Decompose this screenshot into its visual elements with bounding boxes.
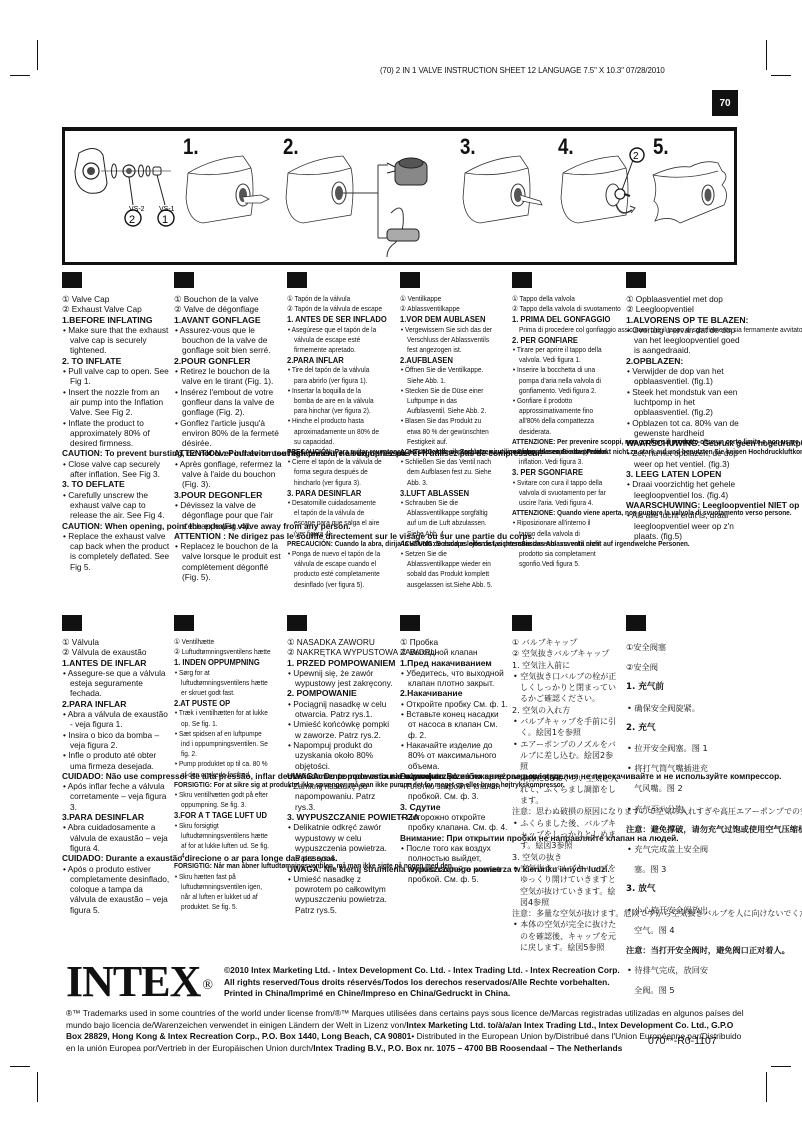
section-heading: 2. PER GONFIARE: [512, 335, 607, 345]
instructions-nl: ① Opblaasventiel met dop② Leegloopventie…: [626, 272, 744, 541]
text-line: ②安全阀: [626, 657, 716, 677]
section-heading: 3. TO DEFLATE: [62, 479, 170, 489]
copyright-line: All rights reserved/Tous droits réservés…: [224, 977, 620, 989]
instruction-step: • Dévissez la valve de dégonflage pour q…: [174, 500, 282, 531]
callout-1: 1: [162, 214, 168, 226]
instruction-step: • Draai voorzichtig het gehele leegloopv…: [626, 479, 744, 500]
text-line: ② 空気抜きバルブキャップ: [512, 648, 620, 659]
caution-text: CUIDADO: Durante a exaustão direcione o …: [62, 853, 170, 863]
text-line: 3. 空気の抜き: [512, 852, 620, 863]
instruction-step: • 将打气筒气嘴插进充气风嘴。图 2: [626, 758, 716, 798]
instruction-step: • Replace the exhaust valve cap back whe…: [62, 531, 170, 572]
instruction-step: • バルブキャップを手前に引く。絵図1を参照: [512, 716, 620, 739]
lines: ① Válvula② Válvula de exaustão1.ANTES DE…: [62, 637, 170, 915]
instructions-es: ① Tapón de la válvula② Tapón de la válvu…: [287, 272, 395, 590]
instruction-step: • Skru forsigtigt luftudtømningsventilen…: [174, 821, 269, 862]
page-number-badge: 70: [712, 90, 738, 116]
instructions-ru: ① Пробка② Выходной клапан1.Пред накачива…: [400, 615, 508, 884]
figure-4-cube-unscrew-exhaust: 2: [558, 146, 648, 231]
caution-text: ATTENZIONE: Per prevenire scoppi, non go…: [512, 437, 607, 447]
section-heading: 1. PRIMA DEL GONFAGGIO: [512, 314, 607, 324]
lines: ① Ventilkappe② Ablassventilkappe1.VOR DE…: [400, 294, 508, 590]
caution-text: CAUTION: When opening, point the exhaust…: [62, 521, 170, 531]
instruction-step: • Après gonflage, refermez la valve à l'…: [174, 459, 282, 490]
lines: ① Valve Cap② Exhaust Valve Cap1.BEFORE I…: [62, 294, 170, 572]
instructions-ja: ① バルブキャップ② 空気抜きバルブキャップ1. 空気注入前に• 空気抜き口バル…: [512, 615, 620, 953]
text-line: ② Ablassventilkappe: [400, 304, 495, 314]
section-heading: 3.POUR DEGONFLER: [174, 490, 282, 500]
instruction-step: • Blasen Sie das Produkt zu etwa 80 % de…: [400, 416, 495, 447]
document-code: 070**-R0-1107: [648, 1035, 717, 1047]
caution-text: 注意：当打开安全阀时，避免阀口正对着人。: [626, 940, 716, 960]
instruction-step: • Skru hætten fast på luftudtømningsvent…: [174, 872, 269, 913]
instruction-step: • 空気抜きバルブキャップをゆっくり開けていきますと空気が抜けていきます。絵図4…: [512, 863, 620, 908]
instruction-step: • Inserire la bocchetta di una pompa d'a…: [512, 365, 607, 396]
language-tab: [62, 272, 82, 288]
text-line: ② Valve de dégonflage: [174, 304, 282, 314]
section-heading: 2. POMPOWANIE: [287, 688, 395, 698]
text-line: ① Пробка: [400, 637, 508, 647]
instruction-step: • Napompuj produkt do uzyskania około 80…: [287, 740, 395, 771]
section-heading: 3. LEEG LATEN LOPEN: [626, 469, 744, 479]
instruction-step: • Retirez le bouchon de la valve en le t…: [174, 366, 282, 387]
legal-text-bold: Intex Trading B.V., P.O. Box nr. 1075 – …: [313, 1043, 622, 1053]
crop-mark: [771, 75, 791, 76]
instruction-step: • Delikatnie odkręć zawór wypustowy w ce…: [287, 822, 395, 863]
intex-logo: INTEX®: [66, 962, 212, 1002]
caution-text: ATTENTION : Ne dirigez pas le souffle di…: [174, 531, 282, 541]
callout-2: 2: [129, 214, 135, 226]
section-heading: 1.ALVORENS OP TE BLAZEN:: [626, 315, 744, 325]
section-heading: 1. ANTES DE SER INFLADO: [287, 314, 382, 324]
figure-5-deflated-product: [650, 153, 735, 228]
instruction-step: • Make sure that the exhaust valve cap i…: [62, 325, 170, 356]
instruction-step: • Pump produktet op til ca. 80 % af den …: [174, 759, 269, 779]
text-line: ①安全阀塞: [626, 637, 716, 657]
trademark-legal-text: ®™ Trademarks used in some countries of …: [66, 1008, 746, 1054]
section-heading: 1. 充气前: [626, 677, 716, 697]
instruction-step: • Zamknij nasadkę po napompowaniu. Patrz…: [287, 781, 395, 812]
caution-text: FORSIGTIG: For at sikre sig at produktet…: [174, 780, 269, 790]
registered-mark: ®: [202, 978, 212, 993]
instruction-step: • Ponga de nuevo el tapón de la válvula …: [287, 549, 382, 590]
instructions-it: ① Tappo della valvola② Tappo della valvo…: [512, 272, 620, 569]
instructions-en: ① Valve Cap② Exhaust Valve Cap1.BEFORE I…: [62, 272, 170, 572]
caution-text: CUIDADO: Não use compressor de alta pres…: [62, 771, 170, 781]
instructions-fr: ① Bouchon de la valve② Valve de dégonfla…: [174, 272, 282, 582]
instruction-step: • Após o produto estiver completamente d…: [62, 864, 170, 915]
copyright-block: ©2010 Intex Marketing Ltd. - Intex Devel…: [224, 965, 620, 1000]
lines: ① Ventilhætte② Luftudtømningsventilens h…: [174, 637, 282, 912]
text-line: ① Opblaasventiel met dop: [626, 294, 744, 304]
language-tab: [62, 615, 82, 631]
instruction-step: • Abra a válvula de exaustão - veja figu…: [62, 709, 170, 730]
text-line: ① Tappo della valvola: [512, 294, 607, 304]
instruction-step: • Откройте пробку См. ф. 1.: [400, 699, 508, 709]
instruction-step: • エアーポンプのノズルをバルブに差し込む。絵図2参照: [512, 739, 620, 773]
instruction-step: • Træk i ventilhætten for at lukke op. S…: [174, 708, 269, 728]
text-line: Prima di procedere col gonfiaggio assicu…: [512, 325, 607, 335]
instruction-step: • Öffnen Sie die Ventilkappe. Siehe Abb.…: [400, 365, 495, 385]
caution-text: WAARSCHUWING: Leegloopventiel NIET op me…: [626, 500, 744, 510]
crop-mark: [771, 1066, 791, 1067]
language-tab: [174, 272, 194, 288]
instruction-step: • 本体の空気が完全に抜けたのを確認後、キャップを元に戻します。絵図5参照: [512, 919, 620, 953]
caution-text: PRECAUCIÓN: Para evitar reventones, no s…: [287, 447, 382, 457]
section-heading: 2. 充气: [626, 718, 716, 738]
instruction-step: • Cierre el tapón de la válvula de forma…: [287, 457, 382, 488]
instruction-step: • Insertar la boquilla de la bomba de ai…: [287, 386, 382, 417]
section-heading: 3. PER SGONFIARE: [512, 467, 607, 477]
instruction-step: • Svitare con cura il tappo della valvol…: [512, 478, 607, 509]
language-tab: [287, 272, 307, 288]
instruction-step: • 空気抜き口バルブの栓が正しくしっかりと閉まっているかご確認ください。: [512, 671, 620, 705]
instruction-step: • Insira o bico da bomba – veja figura 2…: [62, 730, 170, 751]
instruction-step: • Umieść końcówkę pompki w zaworze. Patr…: [287, 719, 395, 740]
instruction-step: • 待排气完成，放回安全阀。图 5: [626, 960, 716, 1000]
section-heading: 3. Сдутие: [400, 802, 508, 812]
text-line: ② Luftudtømningsventilens hætte: [174, 647, 269, 657]
section-heading: 2.PARA INFLAR: [62, 699, 170, 709]
text-line: ① Valve Cap: [62, 294, 170, 304]
instruction-step: • Desatornille cuidadosamente el tapón d…: [287, 498, 382, 539]
section-heading: 1. PRZED POMPOWANIEM: [287, 658, 395, 668]
lines: ① Bouchon de la valve② Valve de dégonfla…: [174, 294, 282, 582]
section-heading: 1. INDEN OPPUMPNING: [174, 657, 269, 667]
section-heading: 2.Накачивание: [400, 688, 508, 698]
language-tab: [512, 615, 532, 631]
section-heading: 2.PARA INFLAR: [287, 355, 382, 365]
instruction-step: • Pull valve cap to open. See Fig 1.: [62, 366, 170, 387]
instruction-step: • Inflate the product to approximately 8…: [62, 418, 170, 449]
logo-text: INTEX: [66, 957, 200, 1006]
section-heading: 1.AVANT GONFLAGE: [174, 315, 282, 325]
crop-mark: [766, 1072, 767, 1102]
instruction-step: • После того как воздух полностью выйдет…: [400, 843, 508, 884]
instruction-step: • Tirare per aprire il tappo della valvo…: [512, 345, 607, 365]
text-line: 注意：思わぬ破損の原因になりますので空気の入れすぎや高圧エアーポンプでの空気注入…: [512, 806, 620, 817]
text-line: ① Válvula: [62, 637, 170, 647]
instruction-step: • Upewnij się, że zawór wypustowy jest z…: [287, 668, 395, 689]
text-line: 注意：多量な空気が抜けます。危険ですから空気抜きバルブを人に向けないでください。: [512, 908, 620, 919]
caution-text: UWAGA: Nie kieruj strumienia wypuszczane…: [287, 864, 395, 874]
instruction-step: • Insert the nozzle from an air pump int…: [62, 387, 170, 418]
instruction-step: • Asegúrese que el tapón de la válvula d…: [287, 325, 382, 356]
text-line: ② Выходной клапан: [400, 647, 508, 657]
instruction-step: • ふくらました後、バルブキャップをしっかりとしめます。絵図3参照: [512, 818, 620, 852]
instruction-step: • Zet, na het opblazen, de dop weer op h…: [626, 448, 744, 469]
text-line: ② NAKRĘTKA WYPUSTOWA ZAWORU: [287, 647, 395, 657]
text-line: ② Válvula de exaustão: [62, 647, 170, 657]
section-heading: 3.FOR A T TAGE LUFT UD: [174, 810, 269, 820]
instruction-step: • Assegure-se que a válvula esteja segur…: [62, 668, 170, 699]
text-line: ① Ventilhætte: [174, 637, 269, 647]
instruction-step: • 本体に80%ぐらい空気を入れて、ふくらまし調節をします。: [512, 773, 620, 807]
instruction-step: • 充气完成盖上安全阀塞。图 3: [626, 839, 716, 879]
instruction-step: • Stecken Sie die Düse einer Luftpumpe i…: [400, 386, 495, 417]
instruction-step: • Insérez l'embout de votre gonfleur dan…: [174, 387, 282, 418]
instruction-step: • 确保安全阀旋紧。: [626, 698, 716, 718]
caution-text: UWAGA: Do pompowania nie używaj urządzeń…: [287, 771, 395, 781]
instructions-de: ① Ventilkappe② Ablassventilkappe1.VOR DE…: [400, 272, 508, 590]
instructions-pt: ① Válvula② Válvula de exaustão1.ANTES DE…: [62, 615, 170, 915]
figure-2-cube-pump: [283, 153, 433, 263]
text-line: ① バルブキャップ: [512, 637, 620, 648]
instructions-pl: ① NASADKA ZAWORU② NAKRĘTKA WYPUSTOWA ZAW…: [287, 615, 395, 915]
text-line: ① NASADKA ZAWORU: [287, 637, 395, 647]
section-heading: 3. 放气: [626, 879, 716, 899]
copyright-line: Printed in China/Imprimé en Chine/Impres…: [224, 988, 620, 1000]
callout-vs2: VS-2: [129, 206, 145, 213]
text-line: 1. 空気注入前に: [512, 660, 620, 671]
caution-text: CAUTION: To prevent bursting, do not ove…: [62, 448, 170, 458]
lines: ① Пробка② Выходной клапан1.Пред накачива…: [400, 637, 508, 884]
instruction-step: • Close valve cap securely after inflati…: [512, 447, 607, 467]
instruction-step: • Assurez-vous que le bouchon de la valv…: [174, 325, 282, 356]
figure-1-cube-pull-cap: [183, 153, 273, 228]
instruction-step: • Close valve cap securely after inflati…: [62, 459, 170, 480]
caution-text: ACHTUNG: Um ein Zerplatzen zu vermeiden,…: [400, 447, 495, 457]
instruction-step: • Sørg for at luftudtømningsventilens hæ…: [174, 668, 269, 699]
instruction-step: • Skru ventilhætten godt på efter oppump…: [174, 790, 269, 810]
language-tab: [400, 272, 420, 288]
section-heading: 3.PARA DESINFLAR: [62, 812, 170, 822]
section-heading: 1.Пред накачиванием: [400, 658, 508, 668]
figure-panel: VS-2 VS-1 2 1 1. 2. 3. 4.: [62, 128, 737, 265]
section-heading: 1.ANTES DE INFLAR: [62, 658, 170, 668]
instruction-step: • 充气至八分饱。: [626, 799, 716, 819]
instructions-zh: ①安全阀塞②安全阀1. 充气前• 确保安全阀旋紧。2. 充气• 拉开安全阀塞。图…: [626, 615, 716, 1001]
language-tab: [174, 615, 194, 631]
text-line: 2. 空気の入れ方: [512, 705, 620, 716]
caution-text: ACHTUNG: Sobald es offen ist, richten Si…: [400, 539, 495, 549]
language-tab: [626, 272, 646, 288]
instruction-step: • Riposizionare all'interno il tappo del…: [512, 518, 607, 569]
figure-3-cube-close-cap: [460, 153, 550, 228]
language-tab: [626, 615, 646, 631]
section-heading: 2.AUFBLASEN: [400, 355, 495, 365]
crop-mark: [37, 40, 38, 70]
instruction-step: • Плотно закройте клапан пробкой. См. ф.…: [400, 781, 508, 802]
lines: ① Tappo della valvola② Tappo della valvo…: [512, 294, 620, 569]
lines: ① Tapón de la válvula② Tapón de la válvu…: [287, 294, 395, 590]
instruction-step: • Als alle lucht eruit is, draai leegloo…: [626, 510, 744, 541]
language-tab: [400, 615, 420, 631]
lines: ① Opblaasventiel met dop② Leegloopventie…: [626, 294, 744, 541]
text-line: ② Tappo della valvola di svuotamento: [512, 304, 607, 314]
instruction-step: • Hinche el producto hasta aproximadamen…: [287, 416, 382, 447]
text-line: ① Tapón de la válvula: [287, 294, 382, 304]
callout-2: 2: [633, 151, 639, 162]
section-heading: 3. WYPUSZCZANIE POWIETRZA: [287, 812, 395, 822]
instruction-step: • 小心旋开安全阀放出空气。图 4: [626, 900, 716, 940]
instruction-step: • Setzen Sie die Ablassventilkappe wiede…: [400, 549, 495, 590]
caution-text: Внимание: Во избежание разрыва изделия н…: [400, 771, 508, 781]
crop-mark: [10, 75, 30, 76]
instruction-step: • Steek het mondstuk van een luchtpomp i…: [626, 387, 744, 418]
instruction-step: • Gonflez l'article jusqu'à environ 80% …: [174, 418, 282, 449]
language-tab: [287, 615, 307, 631]
text-line: ① Ventilkappe: [400, 294, 495, 304]
caution-text: Внимание: При открытии пробки не направл…: [400, 833, 508, 843]
instruction-step: • Sæt spidsen af en luftpumpe ind i oppu…: [174, 729, 269, 760]
instruction-step: • Replacez le bouchon de la valve lorsqu…: [174, 541, 282, 582]
section-heading: 2. TO INFLATE: [62, 356, 170, 366]
instruction-step: • 拉开安全阀塞。图 1: [626, 738, 716, 758]
text-line: ② Exhaust Valve Cap: [62, 304, 170, 314]
caution-text: WAARSCHUWING: Gebruik geen hogedrukpomp …: [626, 438, 744, 448]
language-tab: [512, 272, 532, 288]
instruction-step: • Opblazen tot ca. 80% van de gewenste h…: [626, 418, 744, 439]
instruction-step: • Pociągnij nasadkę w celu otwarcia. Pat…: [287, 699, 395, 720]
section-heading: 3. PARA DESINFLAR: [287, 488, 382, 498]
instruction-step: • Вставьте конец насадки от насоса в кла…: [400, 709, 508, 740]
document-header: (70) 2 IN 1 VALVE INSTRUCTION SHEET 12 L…: [380, 65, 711, 75]
instruction-step: • Infle o produto até obter uma firmeza …: [62, 750, 170, 771]
section-heading: 3.LUFT ABLASSEN: [400, 488, 495, 498]
crop-mark: [766, 40, 767, 70]
valve-exploded-diagram: VS-2 VS-1 2 1: [71, 143, 181, 238]
lines: ①安全阀塞②安全阀1. 充气前• 确保安全阀旋紧。2. 充气• 拉开安全阀塞。图…: [626, 637, 716, 1001]
instruction-step: • Overtuig u ervan dat de dop van het le…: [626, 325, 744, 356]
caution-text: 注意：避免撑破，请勿充气过饱或使用空气压缩机打气。: [626, 819, 716, 839]
instruction-step: • Schrauben Sie die Ablassventilkappe so…: [400, 498, 495, 539]
instruction-step: • Umieść nasadkę z powrotem po całkowity…: [287, 874, 395, 915]
instruction-step: • Após inflar feche a válvula corretamen…: [62, 781, 170, 812]
instruction-step: • Vergewissern Sie sich das der Verschlu…: [400, 325, 495, 356]
caution-text: ATTENZIONE: Quando viene aperta, non pun…: [512, 508, 607, 518]
instruction-step: • Накачайте изделие до 80% от максимальн…: [400, 740, 508, 771]
instruction-step: • Tire del tapón de la válvula para abri…: [287, 365, 382, 385]
section-heading: 1.BEFORE INFLATING: [62, 315, 170, 325]
crop-mark: [10, 1066, 30, 1067]
instruction-step: • Verwijder de dop van het opblaasventie…: [626, 366, 744, 387]
copyright-line: ©2010 Intex Marketing Ltd. - Intex Devel…: [224, 965, 620, 977]
text-line: ① Bouchon de la valve: [174, 294, 282, 304]
callout-vs1: VS-1: [159, 206, 175, 213]
caution-text: ATTENTION : Pour éviter tout éclatement,…: [174, 448, 282, 458]
section-heading: 2.AT PUSTE OP: [174, 698, 269, 708]
instruction-step: • Schließen Sie das Ventil nach dem Aufb…: [400, 457, 495, 488]
section-heading: 1.VOR DEM AUBLASEN: [400, 314, 495, 324]
instruction-step: • Убедитесь, что выходной клапан плотно …: [400, 668, 508, 689]
lines: ① バルブキャップ② 空気抜きバルブキャップ1. 空気注入前に• 空気抜き口バル…: [512, 637, 620, 953]
instruction-step: • Carefully unscrew the exhaust valve ca…: [62, 490, 170, 521]
crop-mark: [37, 1072, 38, 1102]
section-heading: 2.OPBLAZEN:: [626, 356, 744, 366]
instruction-step: • Abra cuidadosamente a válvula de exaus…: [62, 822, 170, 853]
caution-text: PRECAUCIÓN: Cuando la abra, dirija la vá…: [287, 539, 382, 549]
text-line: ② Leegloopventiel: [626, 304, 744, 314]
instructions-da: ① Ventilhætte② Luftudtømningsventilens h…: [174, 615, 282, 912]
caution-text: FORSIGTIG: Når man åbner luftudtømningsv…: [174, 861, 269, 871]
section-heading: 2.POUR GONFLER: [174, 356, 282, 366]
instruction-step: • Осторожно откройте пробку клапана. См.…: [400, 812, 508, 833]
lines: ① NASADKA ZAWORU② NAKRĘTKA WYPUSTOWA ZAW…: [287, 637, 395, 915]
instruction-step: • Gonfiare il prodotto approssimativamen…: [512, 396, 607, 437]
text-line: ② Tapón de la válvula de escape: [287, 304, 382, 314]
